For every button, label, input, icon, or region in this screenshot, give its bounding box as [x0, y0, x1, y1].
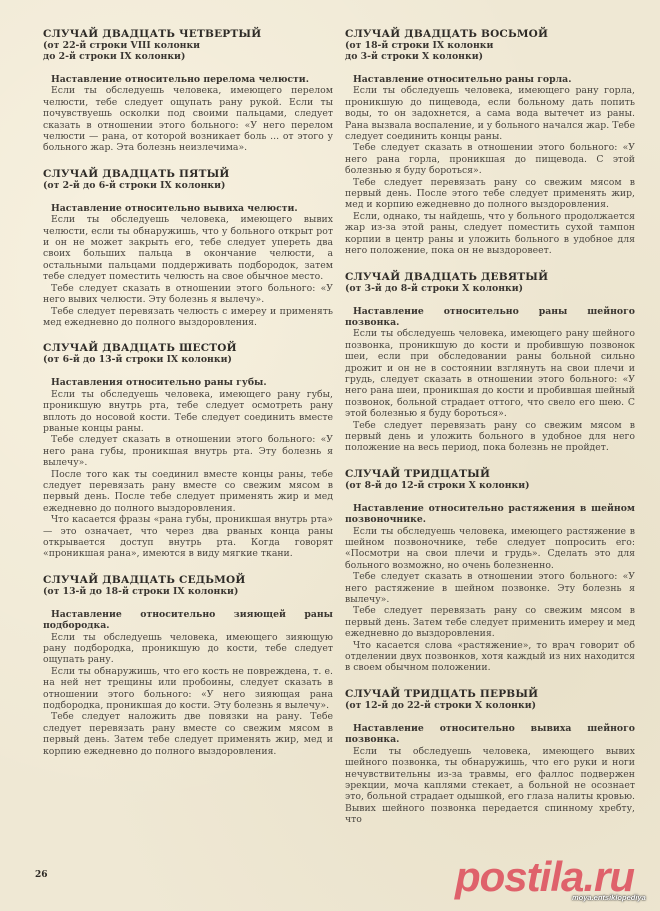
case-paragraph: Что касается слова «растяжение», то врач… [345, 640, 635, 674]
case-paragraph: Если ты обследуешь человека, имеющего вы… [43, 214, 333, 282]
case-title: СЛУЧАЙ ДВАДЦАТЬ СЕДЬМОЙ [43, 574, 333, 586]
case-paragraph: Если ты обследуешь человека, имеющего ра… [345, 526, 635, 572]
case-instruction-heading: Наставление относительно вывиха шейного … [345, 723, 635, 746]
case-paragraph: Тебе следует сказать в отношении этого б… [43, 434, 333, 468]
watermark-logo: postila.ru [455, 856, 634, 898]
case-instruction-heading: Наставление относительно растяжения в ше… [345, 503, 635, 526]
right-column: СЛУЧАЙ ДВАДЦАТЬ ВОСЬМОЙ (от 18-й строки … [345, 28, 635, 840]
case-paragraph: Если, однако, ты найдешь, что у больного… [345, 211, 635, 257]
case-section: СЛУЧАЙ ДВАДЦАТЬ СЕДЬМОЙ (от 13-й до 18-й… [43, 574, 333, 757]
case-section: СЛУЧАЙ ДВАДЦАТЬ ВОСЬМОЙ (от 18-й строки … [345, 28, 635, 257]
case-paragraph: Если ты обследуешь человека, имеющего ра… [345, 85, 635, 142]
case-instruction-heading: Наставление относительно вывиха челюсти. [43, 203, 333, 214]
case-paragraph: Если ты обследуешь человека, имеющего вы… [345, 746, 635, 826]
case-line-range: (от 2-й до 6-й строки IX колонки) [43, 180, 333, 191]
case-paragraph: Если ты обследуешь человека, имеющего зи… [43, 632, 333, 666]
case-line-range: (от 8-й до 12-й строки X колонки) [345, 480, 635, 491]
case-title: СЛУЧАЙ ДВАДЦАТЬ ЧЕТВЕРТЫЙ [43, 28, 333, 40]
case-instruction-heading: Наставление относительно раны горла. [345, 74, 635, 85]
case-instruction-heading: Наставления относительно раны губы. [43, 377, 333, 388]
case-instruction-heading: Наставление относительно раны шейного по… [345, 306, 635, 329]
case-section: СЛУЧАЙ ДВАДЦАТЬ ЧЕТВЕРТЫЙ (от 22-й строк… [43, 28, 333, 154]
case-paragraph: Если ты обследуешь человека, имеющего ра… [43, 389, 333, 435]
case-paragraph: Тебе следует перевязать рану со свежим м… [345, 177, 635, 211]
case-section: СЛУЧАЙ ТРИДЦАТЬ ПЕРВЫЙ (от 12-й до 22-й … [345, 688, 635, 826]
document-page: СЛУЧАЙ ДВАДЦАТЬ ЧЕТВЕРТЫЙ (от 22-й строк… [0, 0, 660, 911]
case-paragraph: Что касается фразы «рана губы, проникшая… [43, 514, 333, 560]
case-title: СЛУЧАЙ ТРИДЦАТЫЙ [345, 468, 635, 480]
case-paragraph: Тебе следует перевязать рану со свежим м… [345, 420, 635, 454]
case-paragraph: Тебе следует сказать в отношении этого б… [345, 142, 635, 176]
watermark-caption: moya.entsiklopediya [572, 893, 646, 902]
case-line-range: (от 13-й до 18-й строки IX колонки) [43, 586, 333, 597]
case-paragraph: Если ты обнаружишь, что его кость не пов… [43, 666, 333, 712]
case-line-range: (от 18-й строки IX колонки до 3-й строки… [345, 40, 635, 62]
case-line-range: (от 3-й до 8-й строки X колонки) [345, 283, 635, 294]
case-line-range: (от 22-й строки VIII колонки до 2-й стро… [43, 40, 333, 62]
case-section: СЛУЧАЙ ДВАДЦАТЬ ПЯТЫЙ (от 2-й до 6-й стр… [43, 168, 333, 328]
case-paragraph: После того как ты соединил вместе концы … [43, 469, 333, 515]
case-title: СЛУЧАЙ ДВАДЦАТЬ ПЯТЫЙ [43, 168, 333, 180]
case-title: СЛУЧАЙ ДВАДЦАТЬ ДЕВЯТЫЙ [345, 271, 635, 283]
case-line-range: (от 6-й до 13-й строки IX колонки) [43, 354, 333, 365]
case-paragraph: Тебе следует сказать в отношении этого б… [43, 283, 333, 306]
case-title: СЛУЧАЙ ТРИДЦАТЬ ПЕРВЫЙ [345, 688, 635, 700]
case-paragraph: Тебе следует перевязать челюсть с имереу… [43, 306, 333, 329]
left-column: СЛУЧАЙ ДВАДЦАТЬ ЧЕТВЕРТЫЙ (от 22-й строк… [43, 28, 333, 771]
case-section: СЛУЧАЙ ДВАДЦАТЬ ШЕСТОЙ (от 6-й до 13-й с… [43, 342, 333, 560]
case-section: СЛУЧАЙ ДВАДЦАТЬ ДЕВЯТЫЙ (от 3-й до 8-й с… [345, 271, 635, 454]
case-paragraph: Тебе следует наложить две повязки на ран… [43, 711, 333, 757]
case-instruction-heading: Наставление относительно перелома челюст… [43, 74, 333, 85]
case-paragraph: Тебе следует сказать в отношении этого б… [345, 571, 635, 605]
case-instruction-heading: Наставление относительно зияющей раны по… [43, 609, 333, 632]
case-paragraph: Если ты обследуешь человека, имеющего пе… [43, 85, 333, 153]
case-title: СЛУЧАЙ ДВАДЦАТЬ ВОСЬМОЙ [345, 28, 635, 40]
case-line-range: (от 12-й до 22-й строки X колонки) [345, 700, 635, 711]
case-paragraph: Тебе следует перевязать рану со свежим м… [345, 605, 635, 639]
page-number: 26 [35, 870, 48, 880]
case-section: СЛУЧАЙ ТРИДЦАТЫЙ (от 8-й до 12-й строки … [345, 468, 635, 674]
case-paragraph: Если ты обследуешь человека, имеющего ра… [345, 328, 635, 419]
case-title: СЛУЧАЙ ДВАДЦАТЬ ШЕСТОЙ [43, 342, 333, 354]
